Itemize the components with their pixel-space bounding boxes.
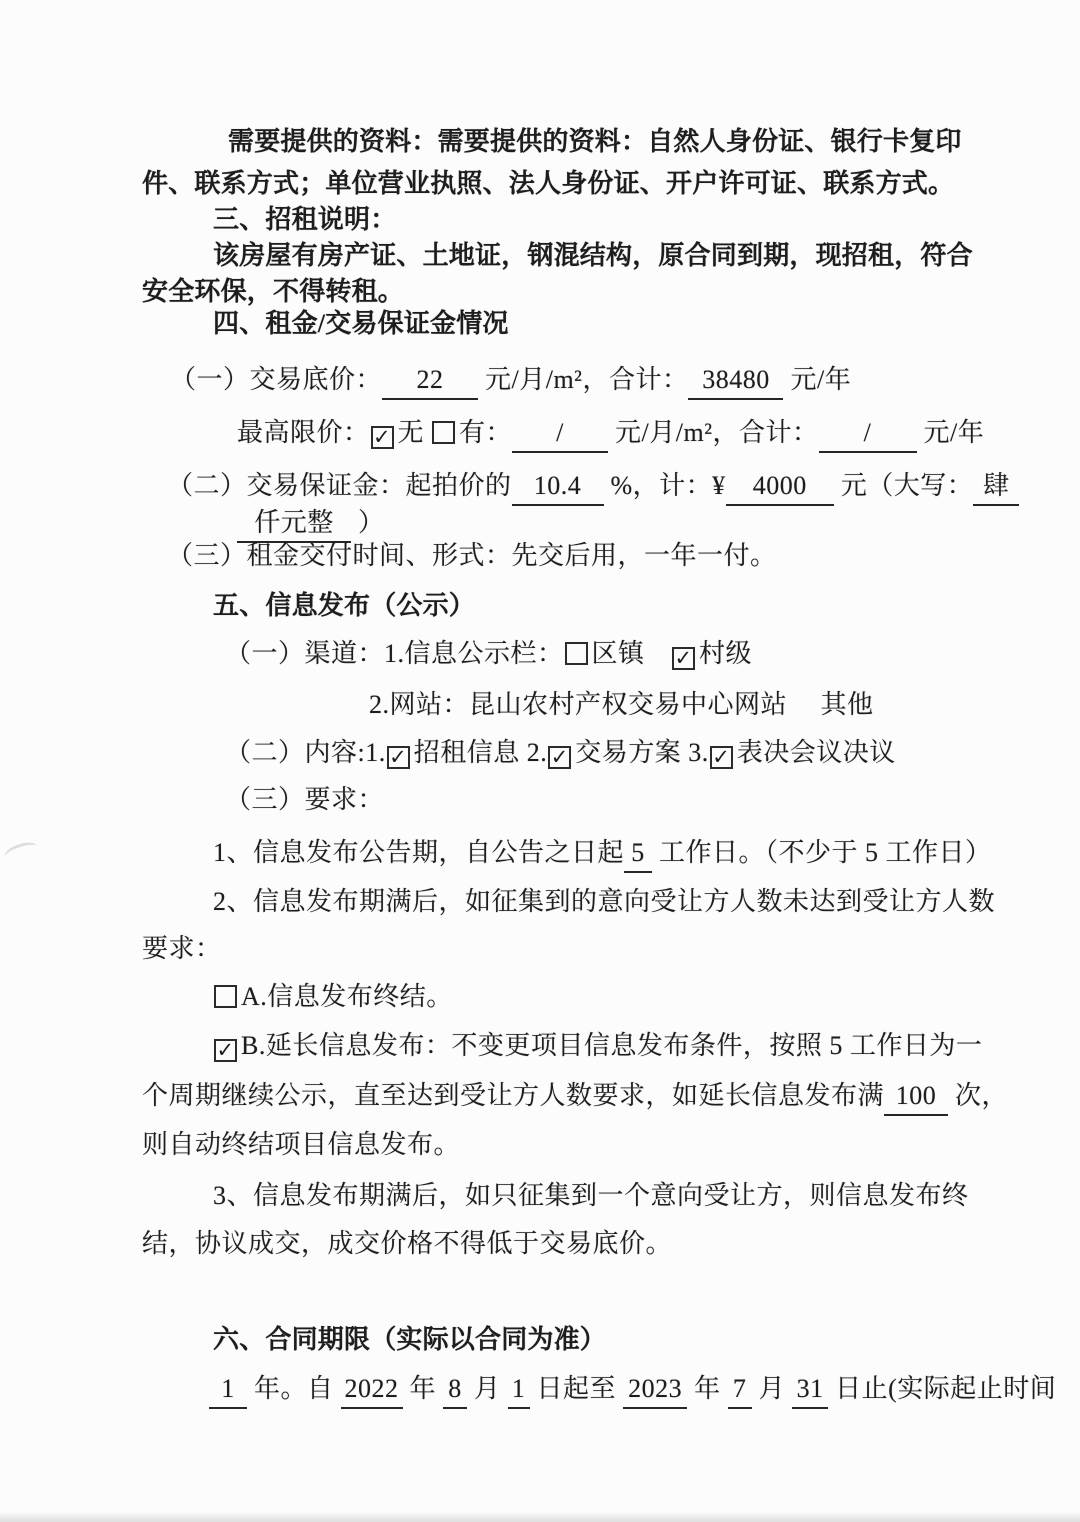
document-line: 1 年。自 2022 年 8 月 1 日起至 2023 年 7 月 31 日止(… bbox=[209, 1371, 1056, 1409]
text-run: 该房屋有房产证、土地证，钢混结构，原合同到期，现招租，符合 bbox=[213, 241, 973, 270]
text-run: 年 bbox=[687, 1374, 728, 1403]
text-run: 结，协议成交，成交价格不得低于交易底价。 bbox=[142, 1229, 672, 1258]
text-run: 表决会议决议 bbox=[737, 738, 896, 767]
document-line: 最高限价：✓无 有：/ 元/月/m²，合计：/ 元/年 bbox=[237, 415, 984, 453]
text-run: 安全环保，不得转租。 bbox=[142, 277, 404, 306]
text-run: 元/月/m²，合计： bbox=[608, 418, 818, 447]
document-line: 六、合同期限（实际以合同为准） bbox=[213, 1322, 606, 1358]
document-line: 五、信息发布（公示） bbox=[213, 588, 475, 624]
filled-blank-value: 100 bbox=[884, 1078, 948, 1116]
document-line: 要求： bbox=[142, 931, 222, 967]
checkbox-checked-icon: ✓ bbox=[371, 426, 394, 449]
document-line: 结，协议成交，成交价格不得低于交易底价。 bbox=[142, 1226, 672, 1262]
scan-smudge-mark bbox=[3, 839, 40, 864]
document-line: （二）内容:1.✓招租信息 2.✓交易方案 3.✓表决会议决议 bbox=[225, 735, 896, 771]
filled-blank-value: 2022 bbox=[341, 1371, 403, 1409]
document-line: 件、联系方式；单位营业执照、法人身份证、开户许可证、联系方式。 bbox=[142, 166, 954, 202]
text-run: 日起至 bbox=[530, 1374, 624, 1403]
filled-blank-value: 4000 bbox=[726, 468, 834, 506]
filled-blank-value: 10.4 bbox=[512, 468, 604, 506]
checkbox-empty-icon bbox=[565, 642, 588, 665]
text-run: （一）交易底价： bbox=[170, 365, 382, 394]
checkbox-checked-icon: ✓ bbox=[548, 746, 571, 769]
document-line: （三）租金交付时间、形式：先交后用，一年一付。 bbox=[167, 538, 777, 574]
text-run: 次， bbox=[948, 1081, 1008, 1110]
document-line: 需要提供的资料：需要提供的资料：自然人身份证、银行卡复印 bbox=[228, 124, 962, 160]
filled-blank-value: 8 bbox=[443, 1371, 467, 1409]
document-line: （二）交易保证金：起拍价的10.4 %，计：¥4000 元（大写：肆 bbox=[167, 468, 1019, 506]
checkbox-checked-icon: ✓ bbox=[214, 1039, 237, 1062]
text-run: （二）交易保证金：起拍价的 bbox=[167, 471, 512, 500]
filled-blank-value: 7 bbox=[728, 1371, 752, 1409]
filled-blank-value: / bbox=[819, 415, 917, 453]
text-run: 需要提供的资料：需要提供的资料：自然人身份证、银行卡复印 bbox=[228, 127, 962, 156]
filled-blank-value: 1 bbox=[508, 1371, 530, 1409]
checkbox-empty-icon bbox=[432, 421, 455, 444]
text-run: 元/年 bbox=[917, 418, 985, 447]
text-run: 1、信息发布公告期，自公告之日起 bbox=[213, 838, 624, 867]
text-run: B.延长信息发布：不变更项目信息发布条件，按照 5 工作日为一 bbox=[241, 1031, 982, 1060]
text-run: 工作日。（不少于 5 工作日） bbox=[652, 838, 992, 867]
filled-blank-value: 31 bbox=[792, 1371, 828, 1409]
text-run: 元/年 bbox=[783, 365, 851, 394]
text-run: 月 bbox=[467, 1374, 508, 1403]
text-run: 四、租金/交易保证金情况 bbox=[213, 309, 509, 338]
text-run: （二）内容:1. bbox=[225, 738, 386, 767]
document-line: 该房屋有房产证、土地证，钢混结构，原合同到期，现招租，符合 bbox=[213, 238, 973, 274]
text-run: 年。自 bbox=[247, 1374, 341, 1403]
text-run: 个周期继续公示，直至达到受让方人数要求，如延长信息发布满 bbox=[142, 1081, 884, 1110]
filled-blank-value: 38480 bbox=[688, 362, 783, 400]
text-run: 村级 bbox=[699, 639, 752, 668]
text-run: 日止(实际起止时间 bbox=[828, 1374, 1056, 1403]
text-run: %，计：¥ bbox=[604, 471, 726, 500]
text-run: 招租信息 2. bbox=[414, 738, 548, 767]
filled-blank-value: 1 bbox=[209, 1371, 247, 1409]
document-line: 三、招租说明： bbox=[213, 202, 396, 238]
text-run: 区镇 bbox=[592, 639, 672, 668]
text-run: 2、信息发布期满后，如征集到的意向受让方人数未达到受让方人数 bbox=[213, 887, 995, 916]
text-run: （三）要求： bbox=[225, 785, 384, 814]
document-line: （一）交易底价：22 元/月/m²，合计：38480 元/年 bbox=[170, 362, 851, 400]
text-run: 件、联系方式；单位营业执照、法人身份证、开户许可证、联系方式。 bbox=[142, 169, 954, 198]
text-run: 月 bbox=[752, 1374, 793, 1403]
document-line: 2.网站：昆山农村产权交易中心网站 其他 bbox=[369, 687, 874, 723]
filled-blank-value: 5 bbox=[624, 835, 652, 873]
document-line: 3、信息发布期满后，如只征集到一个意向受让方，则信息发布终 bbox=[213, 1178, 969, 1214]
text-run: 则自动终结项目信息发布。 bbox=[142, 1130, 460, 1159]
filled-blank-value: 2023 bbox=[623, 1371, 687, 1409]
text-run: 元/月/m²，合计： bbox=[478, 365, 688, 394]
document-line: （一）渠道：1.信息公示栏：区镇 ✓村级 bbox=[225, 636, 752, 672]
text-run: 有： bbox=[459, 418, 512, 447]
text-run: 交易方案 3. bbox=[575, 738, 709, 767]
text-run: （三）租金交付时间、形式：先交后用，一年一付。 bbox=[167, 541, 777, 570]
text-run: 无 bbox=[398, 418, 432, 447]
document-line: 四、租金/交易保证金情况 bbox=[213, 306, 509, 342]
text-run: 要求： bbox=[142, 934, 222, 963]
checkbox-empty-icon bbox=[214, 985, 237, 1008]
scan-bottom-shadow bbox=[0, 1512, 1080, 1522]
text-run: 六、合同期限（实际以合同为准） bbox=[213, 1325, 606, 1354]
text-run: A.信息发布终结。 bbox=[241, 982, 453, 1011]
filled-blank-value: 22 bbox=[382, 362, 478, 400]
checkbox-checked-icon: ✓ bbox=[710, 746, 733, 769]
text-run: 最高限价： bbox=[237, 418, 370, 447]
filled-blank-value: 肆 bbox=[973, 468, 1019, 506]
text-run: 3、信息发布期满后，如只征集到一个意向受让方，则信息发布终 bbox=[213, 1181, 969, 1210]
checkbox-checked-icon: ✓ bbox=[387, 746, 410, 769]
checkbox-checked-icon: ✓ bbox=[672, 647, 695, 670]
text-run: 五、信息发布（公示） bbox=[213, 591, 475, 620]
scanned-document-page: 需要提供的资料：需要提供的资料：自然人身份证、银行卡复印件、联系方式；单位营业执… bbox=[0, 0, 1080, 1522]
text-run: ） bbox=[351, 508, 385, 537]
text-run: 元（大写： bbox=[834, 471, 974, 500]
text-run: （一）渠道：1.信息公示栏： bbox=[225, 639, 564, 668]
text-run: 三、招租说明： bbox=[213, 205, 396, 234]
document-line: 安全环保，不得转租。 bbox=[142, 274, 404, 310]
document-line: A.信息发布终结。 bbox=[213, 979, 453, 1015]
document-line: 2、信息发布期满后，如征集到的意向受让方人数未达到受让方人数 bbox=[213, 884, 995, 920]
document-line: ✓B.延长信息发布：不变更项目信息发布条件，按照 5 工作日为一 bbox=[213, 1028, 982, 1064]
document-line: 则自动终结项目信息发布。 bbox=[142, 1127, 460, 1163]
document-line: 1、信息发布公告期，自公告之日起5 工作日。（不少于 5 工作日） bbox=[213, 835, 992, 873]
filled-blank-value: / bbox=[512, 415, 608, 453]
document-line: （三）要求： bbox=[225, 782, 384, 818]
text-run: 年 bbox=[403, 1374, 444, 1403]
document-line: 个周期继续公示，直至达到受让方人数要求，如延长信息发布满100 次， bbox=[142, 1078, 1008, 1116]
text-run: 2.网站：昆山农村产权交易中心网站 其他 bbox=[369, 690, 874, 719]
